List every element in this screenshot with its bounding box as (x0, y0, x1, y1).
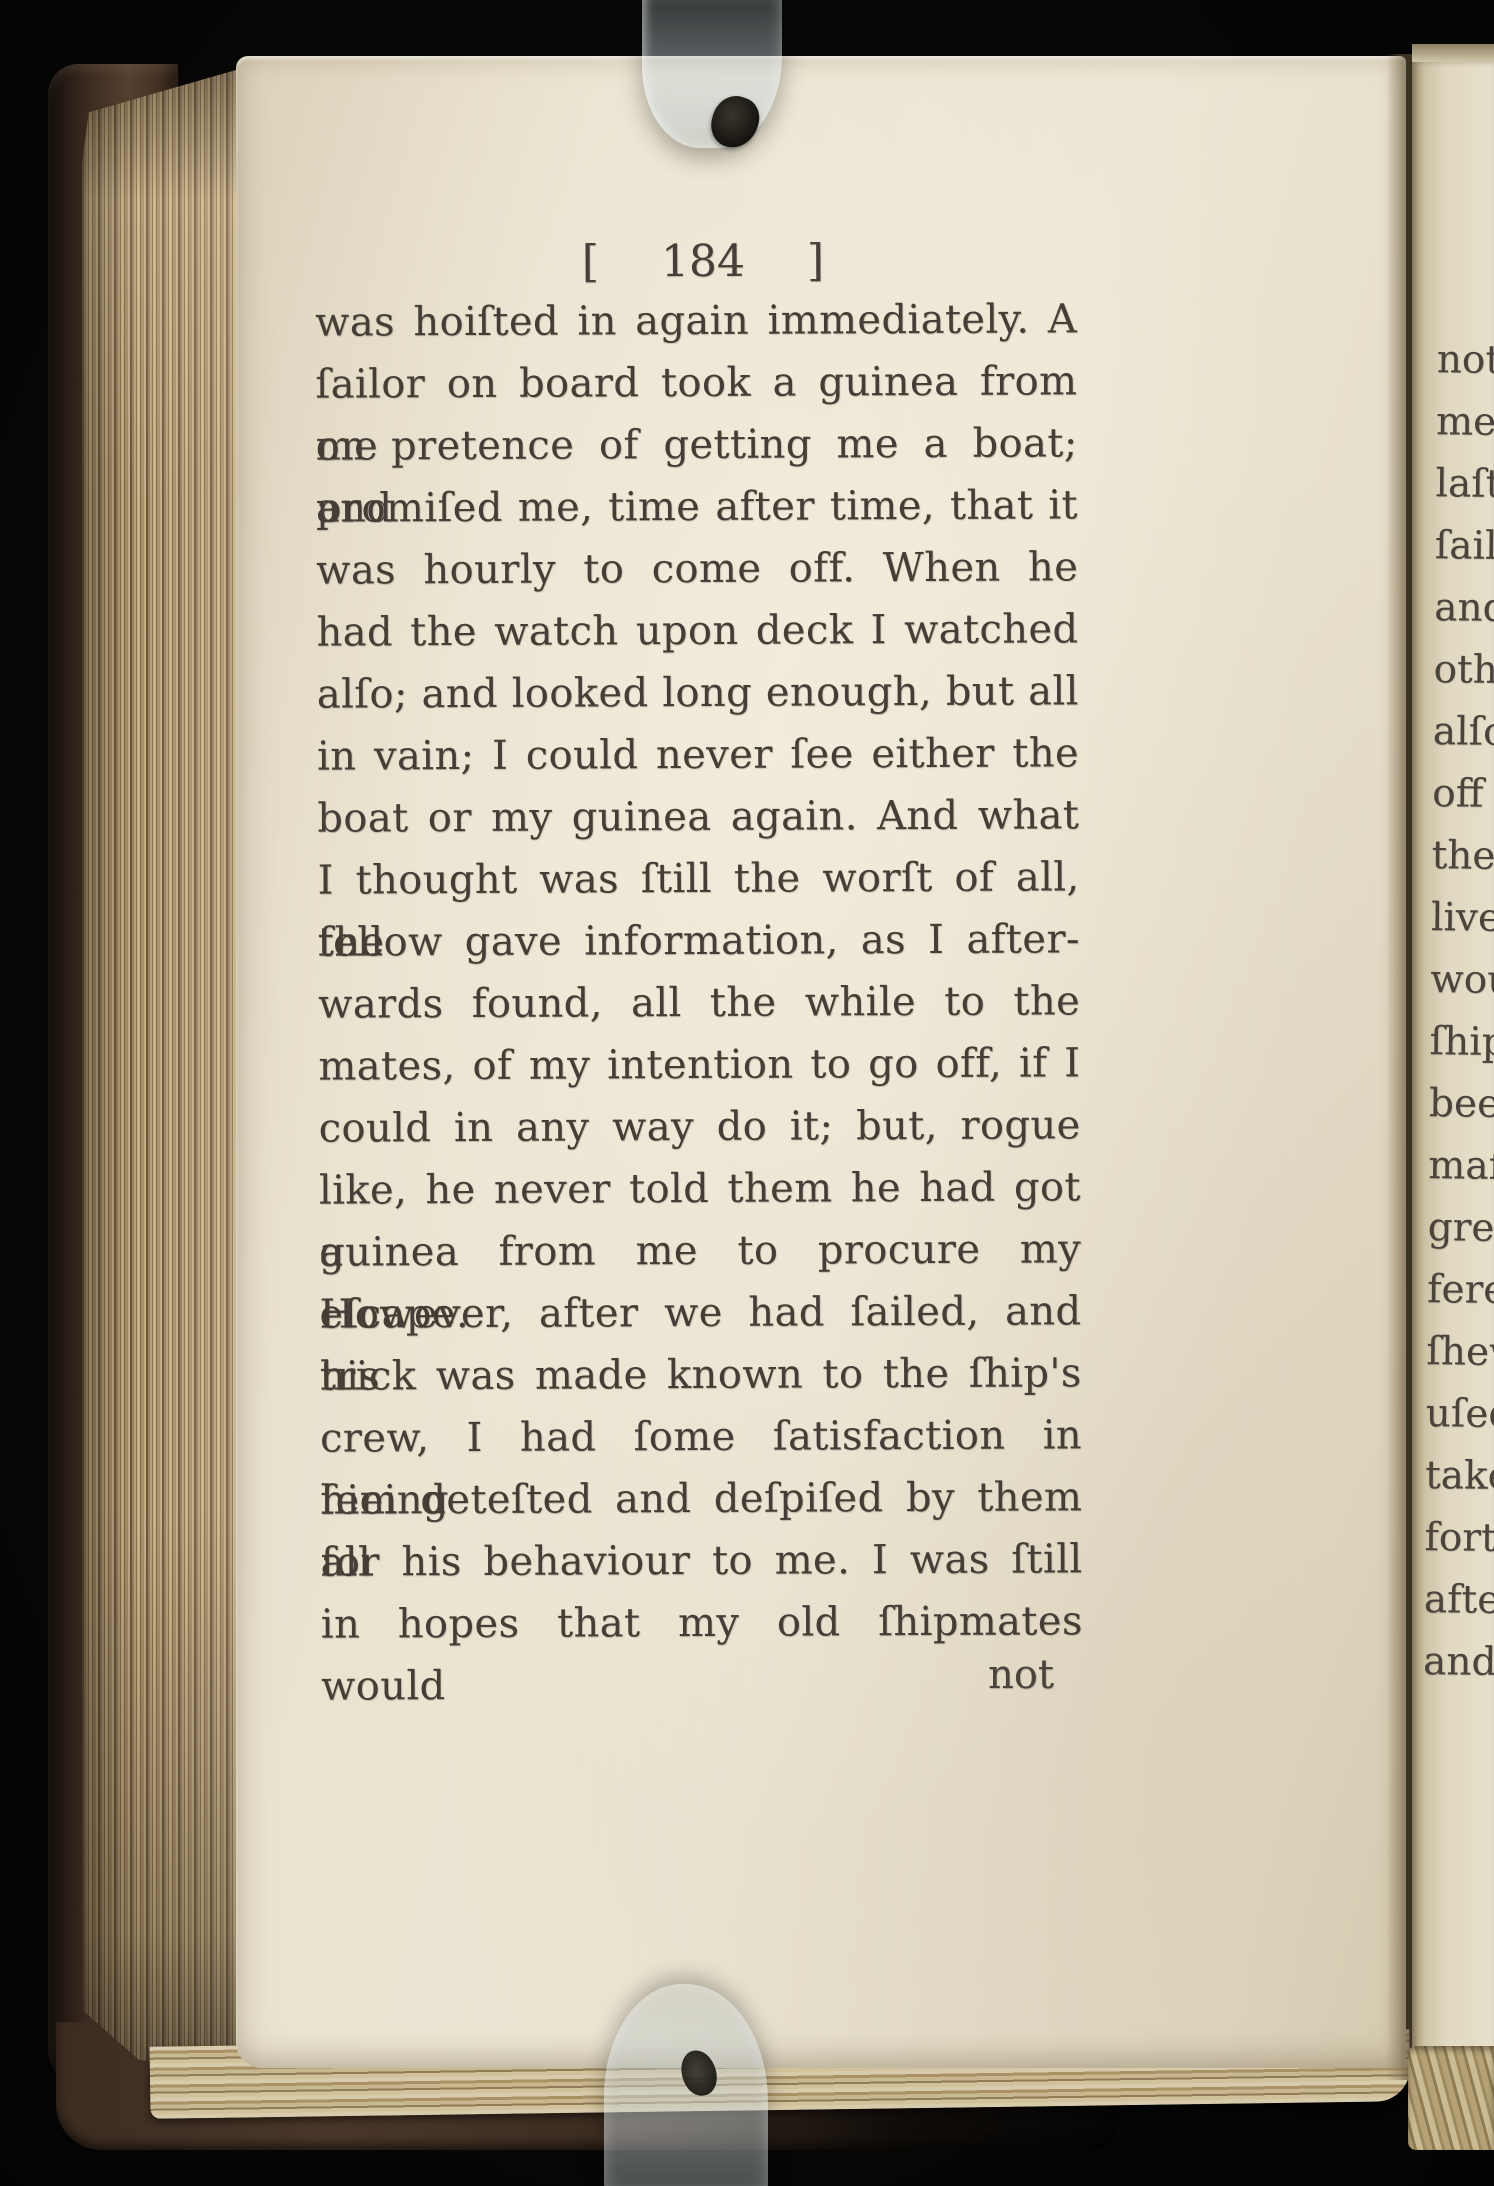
facing-text-line: ſailed, ſ (1435, 515, 1494, 579)
text-line: him deteſted and deſpiſed by them all (320, 1466, 1082, 1531)
text-line: in vain; I could never ſee either the (317, 722, 1079, 787)
text-line: for his behaviour to me. I was ſtill (320, 1528, 1082, 1593)
text-line: promiſed me, time after time, that it (316, 474, 1078, 539)
facing-text-line: afterwa (1424, 1569, 1494, 1633)
facing-text-line: off to r (1432, 763, 1494, 827)
facing-text-line: maſter (1428, 1135, 1494, 1199)
page-fore-edge-shading (82, 60, 250, 2074)
text-line: had the watch upon deck I watched (316, 598, 1078, 663)
facing-page-text: not forgme to llaſt, butſailed, ſand ſen… (1423, 329, 1494, 1695)
text-line: I thought was ſtill the worſt of all, th… (317, 846, 1079, 911)
facing-text-line: lived in (1431, 887, 1494, 951)
facing-text-line: been or (1429, 1073, 1494, 1137)
facing-text-line: and ſen (1434, 577, 1494, 641)
facing-text-line: me to l (1436, 391, 1494, 455)
facing-page-sliver: not forgme to llaſt, butſailed, ſand ſen… (1412, 62, 1494, 2112)
facing-text-line: ſhip at (1429, 1011, 1494, 1075)
text-line: like, he never told them he had got a (319, 1156, 1081, 1221)
text-line: was hourly to come off. When he (316, 536, 1078, 601)
text-line: trick was made known to the ſhip's (320, 1342, 1082, 1407)
book-photo-frame: [ 184 ] was hoiſted in again immediately… (0, 0, 1494, 2186)
facing-text-line: other to (1433, 639, 1494, 703)
text-line: alſo; and looked long enough, but all (317, 660, 1079, 725)
text-line: wards found, all the while to the (318, 970, 1080, 1035)
catchword: not (318, 1652, 1080, 1698)
facing-text-line: ferent ſ (1427, 1259, 1494, 1323)
page-number-header: [ 184 ] (324, 234, 1082, 288)
text-line: crew, I had ſome ſatisfaction in ſeeing (320, 1404, 1082, 1469)
text-line: boat or my guinea again. And what (317, 784, 1079, 849)
facing-text-line: would o (1430, 949, 1494, 1013)
page-number: 184 (661, 236, 745, 287)
page-text: was hoiſted in again immediately. Aſailo… (315, 288, 1083, 1655)
gutter-shadow (1386, 54, 1414, 2080)
text-line: was hoiſted in again immediately. A (315, 288, 1077, 353)
text-line: ſailor on board took a guinea from me (315, 350, 1077, 415)
text-line: could in any way do it; but, rogue (319, 1094, 1081, 1159)
text-line: mates, of my intention to go off, if I (318, 1032, 1080, 1097)
header-left-bracket: [ (582, 236, 599, 287)
facing-text-line: and ſh (1423, 1631, 1494, 1695)
facing-text-line: not forg (1436, 329, 1494, 393)
facing-text-line: great d (1427, 1197, 1494, 1261)
endband-texture (1408, 2046, 1494, 2150)
facing-text-line: laſt, but (1435, 453, 1494, 517)
text-line: guinea from me to procure my eſcape. (319, 1218, 1081, 1283)
facing-text-line: fortuna (1424, 1507, 1494, 1571)
facing-text-line: alſo ſer (1433, 701, 1494, 765)
facing-text-line: uſed to (1425, 1383, 1494, 1447)
facing-text-line: the day (1431, 825, 1494, 889)
text-line: in hopes that my old ſhipmates would (321, 1590, 1083, 1655)
facing-text-line: ſhewed (1426, 1321, 1494, 1385)
text-line: However, after we had ſailed, and his (319, 1280, 1081, 1345)
text-line: fellow gave information, as I after- (318, 908, 1080, 973)
text-line: on pretence of getting me a boat; and (316, 412, 1078, 477)
header-right-bracket: ] (807, 235, 824, 286)
facing-text-line: take me (1425, 1445, 1494, 1509)
